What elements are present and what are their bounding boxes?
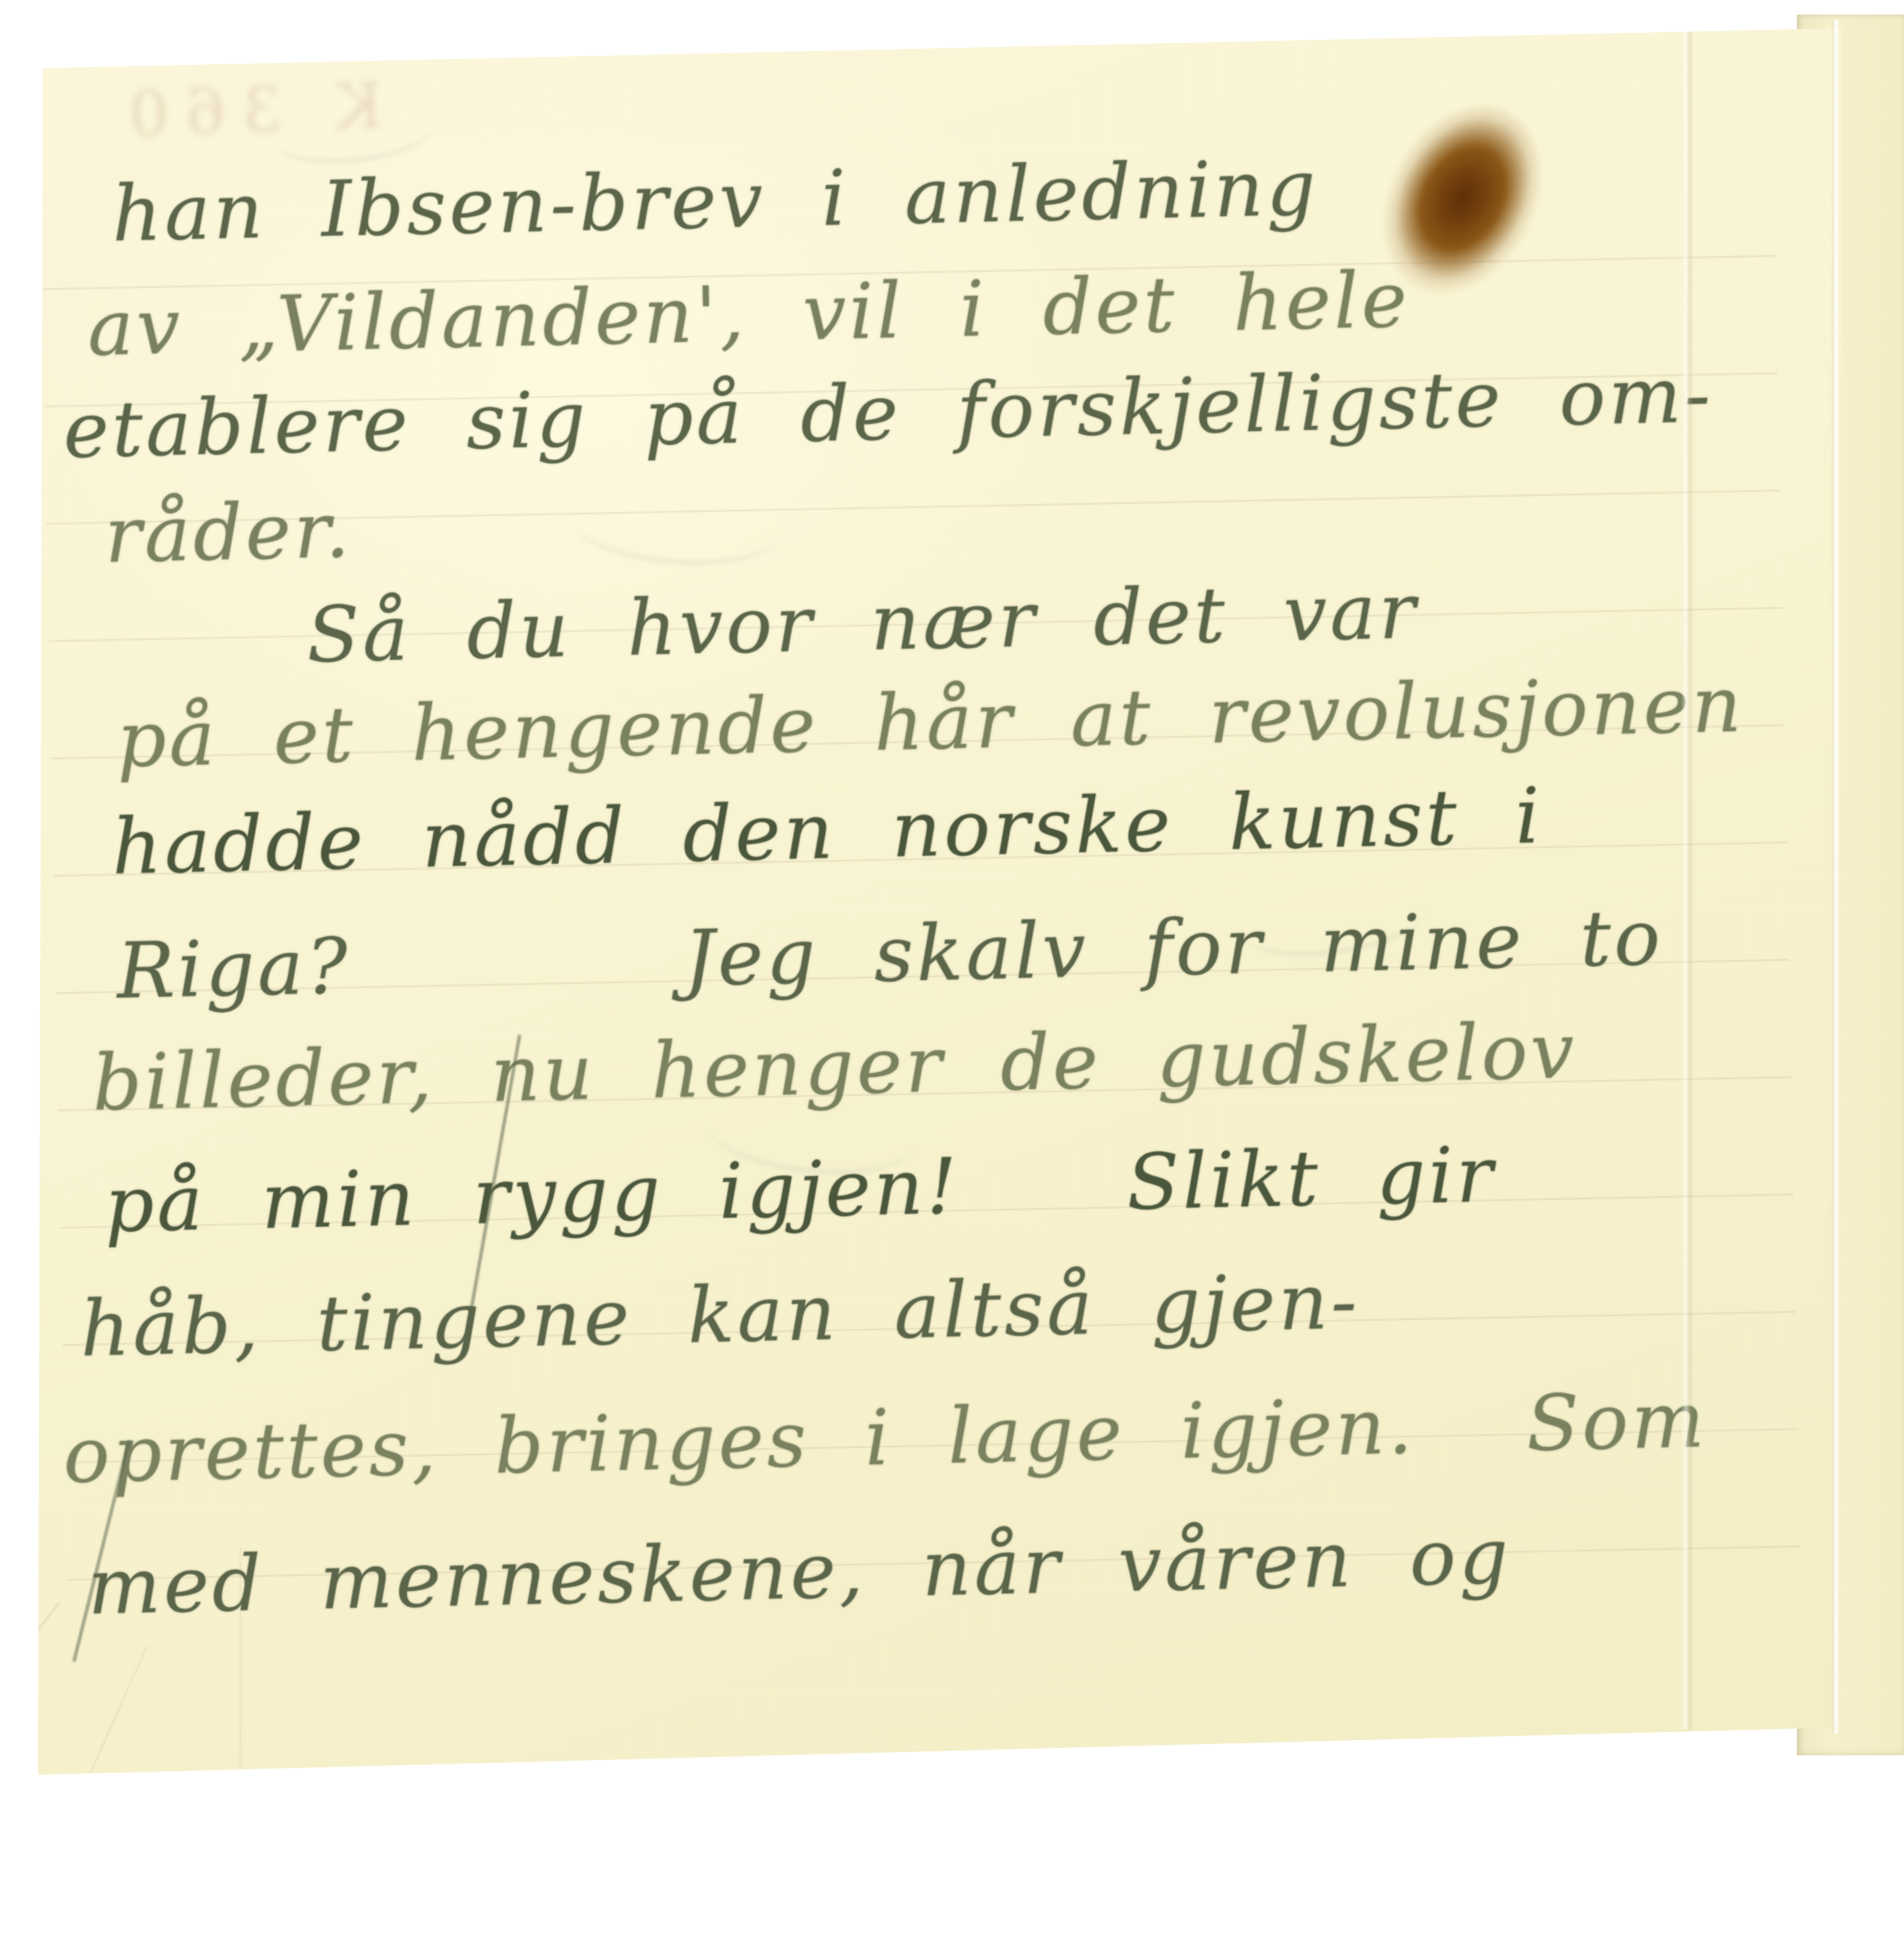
handwritten-text-block: han Ibsen-brev i anledning av „Vildanden…: [0, 0, 1904, 1933]
handwritten-line: håb, tingene kan altså gjen-: [79, 1248, 1361, 1383]
vertical-fold-crease: [1681, 30, 1694, 1729]
letter-page: K 360 han Ibsen-brev i anledning av „Vil…: [0, 0, 1904, 1933]
scan-background: K 360 han Ibsen-brev i anledning av „Vil…: [0, 0, 1904, 1933]
handwritten-line: med menneskene, når våren og: [87, 1503, 1512, 1641]
handwritten-line: oprettes, bringes i lage igjen. Som: [62, 1366, 1708, 1509]
page-edge-highlight: [1832, 19, 1839, 1733]
handwritten-line: råder.: [104, 477, 354, 589]
handwritten-line: på min rygg igjen! Slikt gir: [104, 1121, 1497, 1259]
handwritten-line: han Ibsen-brev i anledning: [111, 134, 1320, 268]
corner-crease: [240, 1548, 242, 1772]
